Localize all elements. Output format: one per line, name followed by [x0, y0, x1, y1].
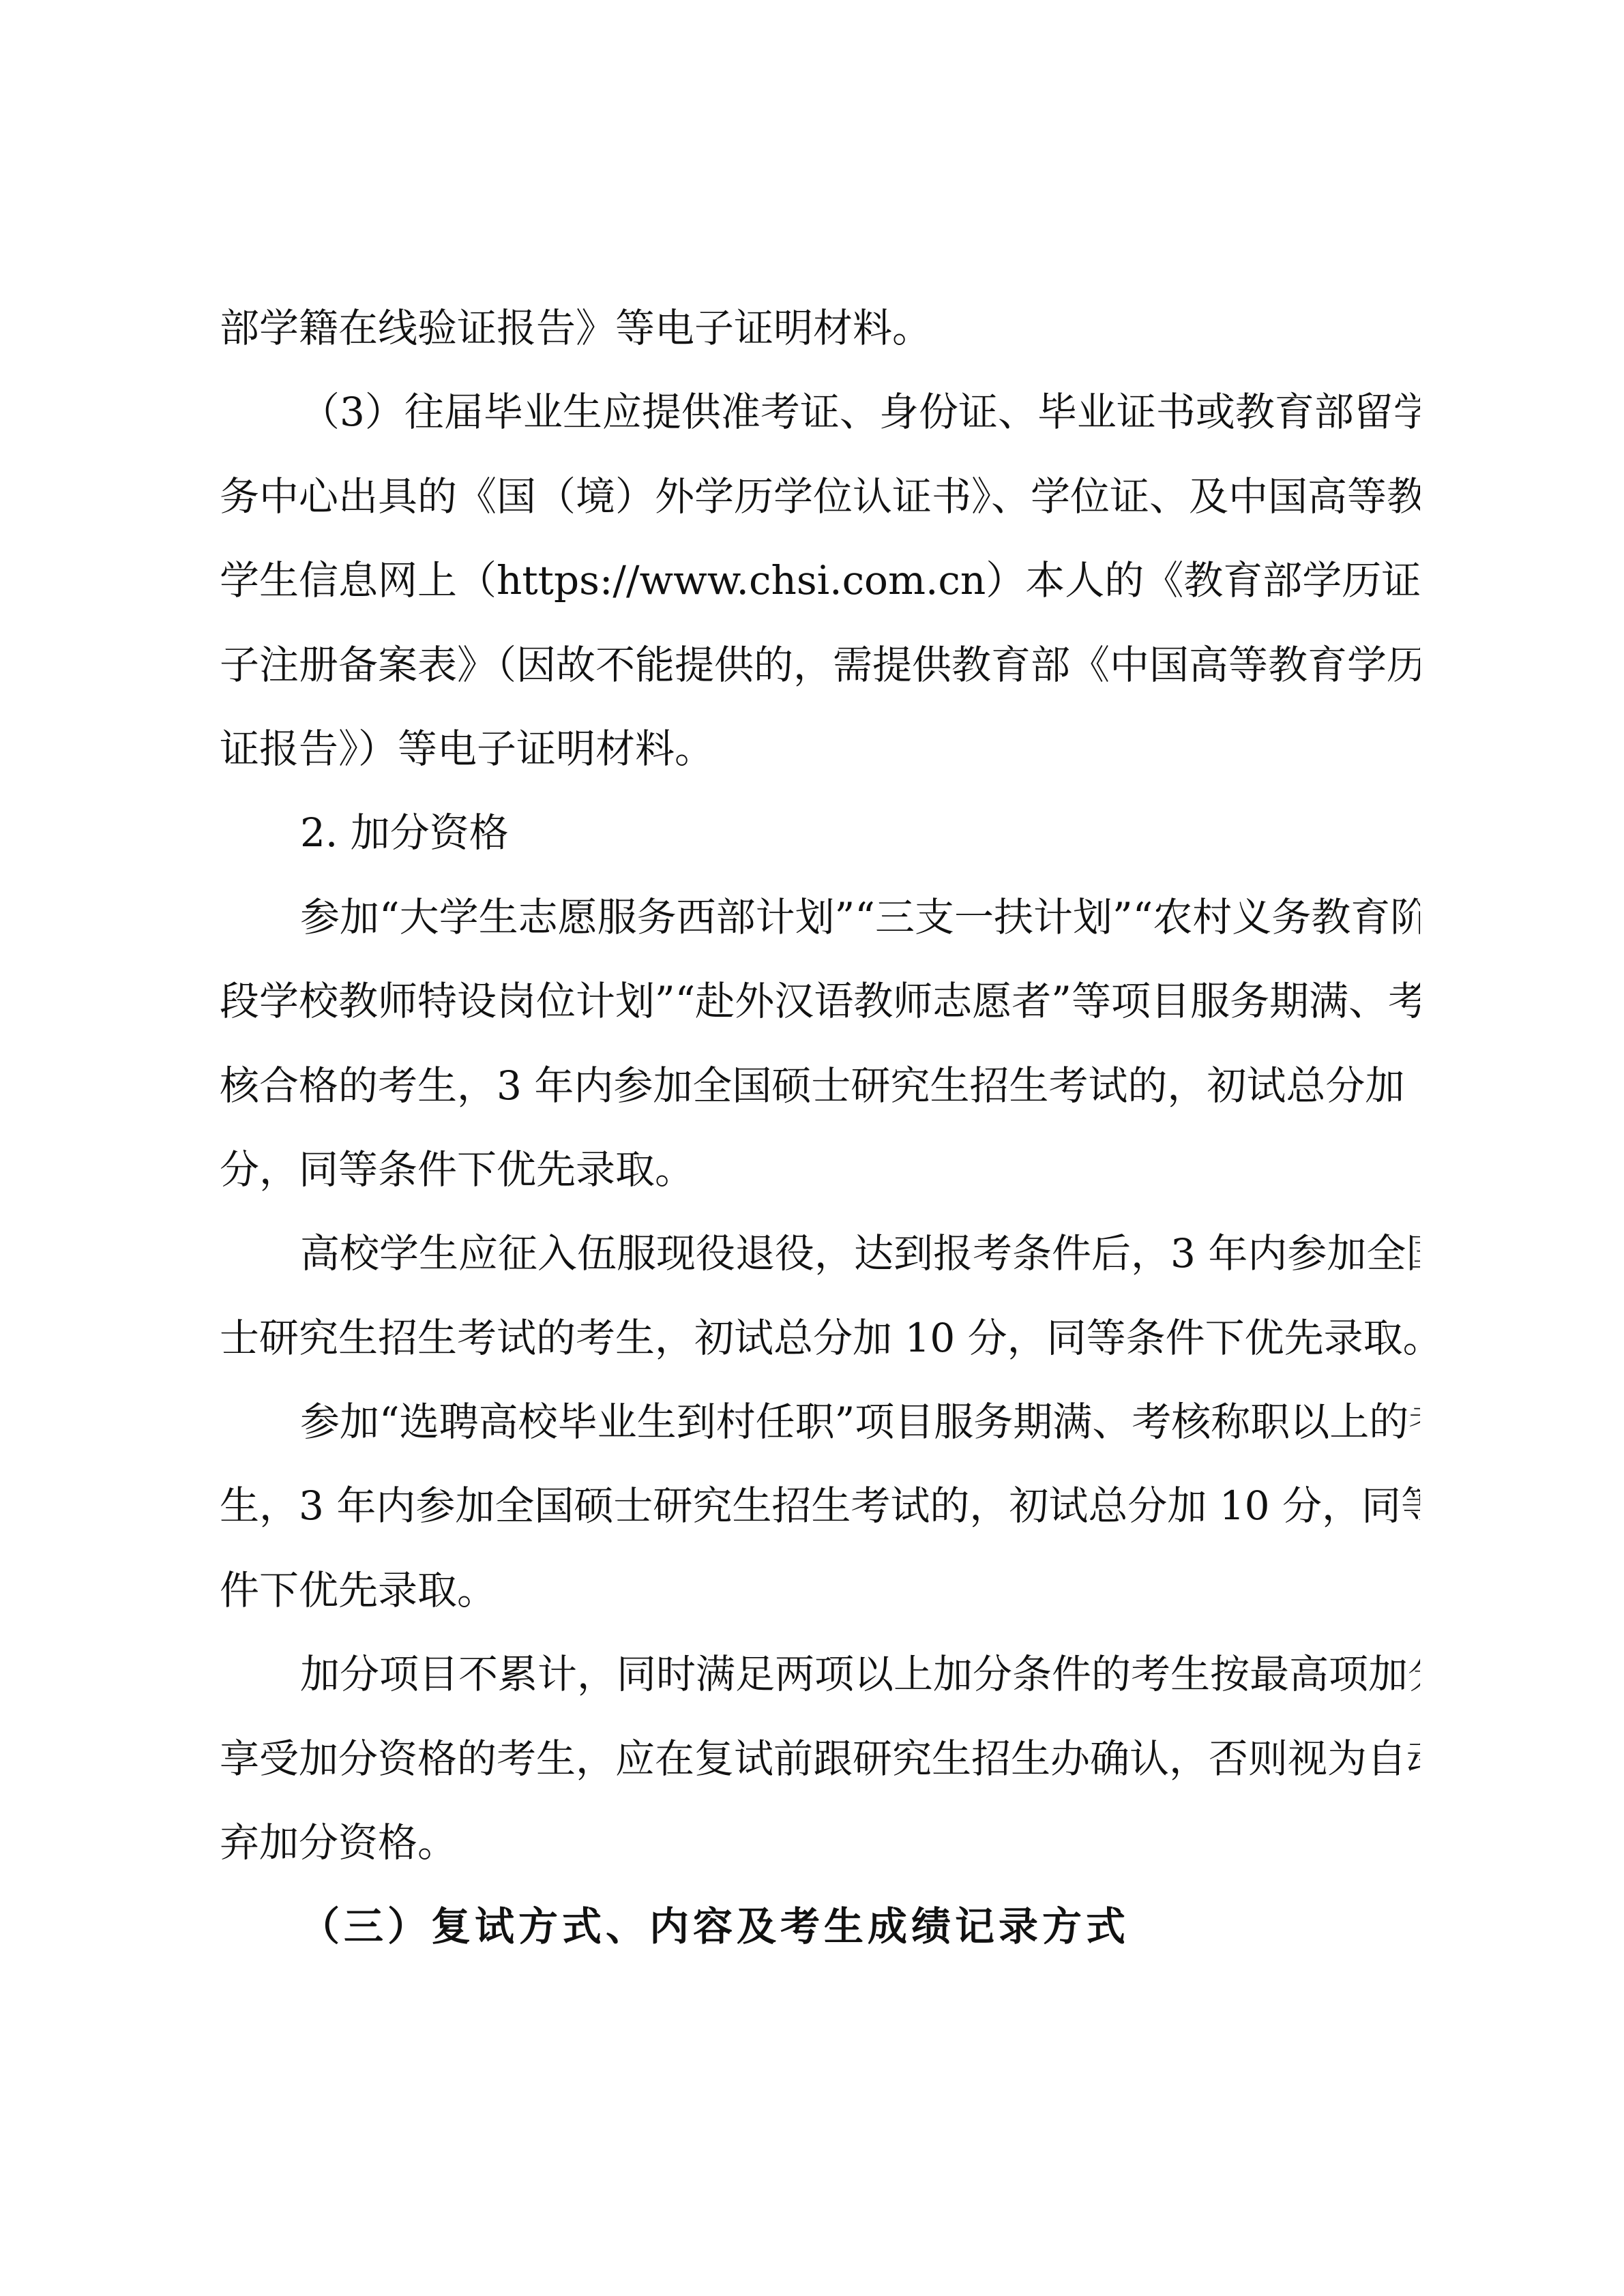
text-line: 生，3 年内参加全国硕士研究生招生考试的，初试总分加 10 分，同等条: [220, 1464, 1420, 1548]
document-page: 部学籍在线验证报告》等电子证明材料。 （3）往届毕业生应提供准考证、身份证、毕业…: [220, 286, 1420, 1969]
text-line: 参加“选聘高校毕业生到村任职”项目服务期满、考核称职以上的考: [220, 1380, 1420, 1464]
text-line: 段学校教师特设岗位计划”“赴外汉语教师志愿者”等项目服务期满、考: [220, 959, 1420, 1043]
text-line: 务中心出具的《国（境）外学历学位认证书》、学位证、及中国高等教育: [220, 455, 1420, 539]
subheading-bonus-qualification: 2. 加分资格: [220, 791, 1420, 875]
text-line: 士研究生招生考试的考生，初试总分加 10 分，同等条件下优先录取。: [220, 1296, 1420, 1380]
subheading-text: 2. 加分资格: [220, 791, 1420, 875]
text-line: （3）往届毕业生应提供准考证、身份证、毕业证书或教育部留学服: [220, 370, 1420, 454]
text-line: 享受加分资格的考生，应在复试前跟研究生招生办确认，否则视为自动放: [220, 1717, 1420, 1801]
paragraph-non-cumulative-bonus: 加分项目不累计，同时满足两项以上加分条件的考生按最高项加分。 享受加分资格的考生…: [220, 1632, 1420, 1885]
paragraph-continuation: 部学籍在线验证报告》等电子证明材料。: [220, 286, 1420, 370]
text-line: 加分项目不累计，同时满足两项以上加分条件的考生按最高项加分。: [220, 1632, 1420, 1716]
text-line: 件下优先录取。: [220, 1549, 1420, 1632]
paragraph-prior-graduates: （3）往届毕业生应提供准考证、身份证、毕业证书或教育部留学服 务中心出具的《国（…: [220, 370, 1420, 791]
text-line: 参加“大学生志愿服务西部计划”“三支一扶计划”“农村义务教育阶: [220, 876, 1420, 959]
paragraph-military-service: 高校学生应征入伍服现役退役，达到报考条件后，3 年内参加全国硕 士研究生招生考试…: [220, 1212, 1420, 1380]
text-line: 分，同等条件下优先录取。: [220, 1128, 1420, 1212]
paragraph-village-officials: 参加“选聘高校毕业生到村任职”项目服务期满、考核称职以上的考 生，3 年内参加全…: [220, 1380, 1420, 1632]
text-line: 子注册备案表》（因故不能提供的，需提供教育部《中国高等教育学历认: [220, 623, 1420, 707]
section-heading-retest-method: （三）复试方式、内容及考生成绩记录方式: [220, 1885, 1420, 1969]
text-line: 证报告》）等电子证明材料。: [220, 707, 1420, 791]
paragraph-volunteer-programs: 参加“大学生志愿服务西部计划”“三支一扶计划”“农村义务教育阶 段学校教师特设岗…: [220, 876, 1420, 1212]
section-heading-text: （三）复试方式、内容及考生成绩记录方式: [220, 1885, 1420, 1969]
text-line: 弃加分资格。: [220, 1801, 1420, 1885]
text-line: 学生信息网上（https://www.chsi.com.cn）本人的《教育部学历…: [220, 539, 1420, 623]
text-line: 部学籍在线验证报告》等电子证明材料。: [220, 286, 1420, 370]
text-line: 高校学生应征入伍服现役退役，达到报考条件后，3 年内参加全国硕: [220, 1212, 1420, 1296]
text-line: 核合格的考生，3 年内参加全国硕士研究生招生考试的，初试总分加 10: [220, 1044, 1420, 1128]
